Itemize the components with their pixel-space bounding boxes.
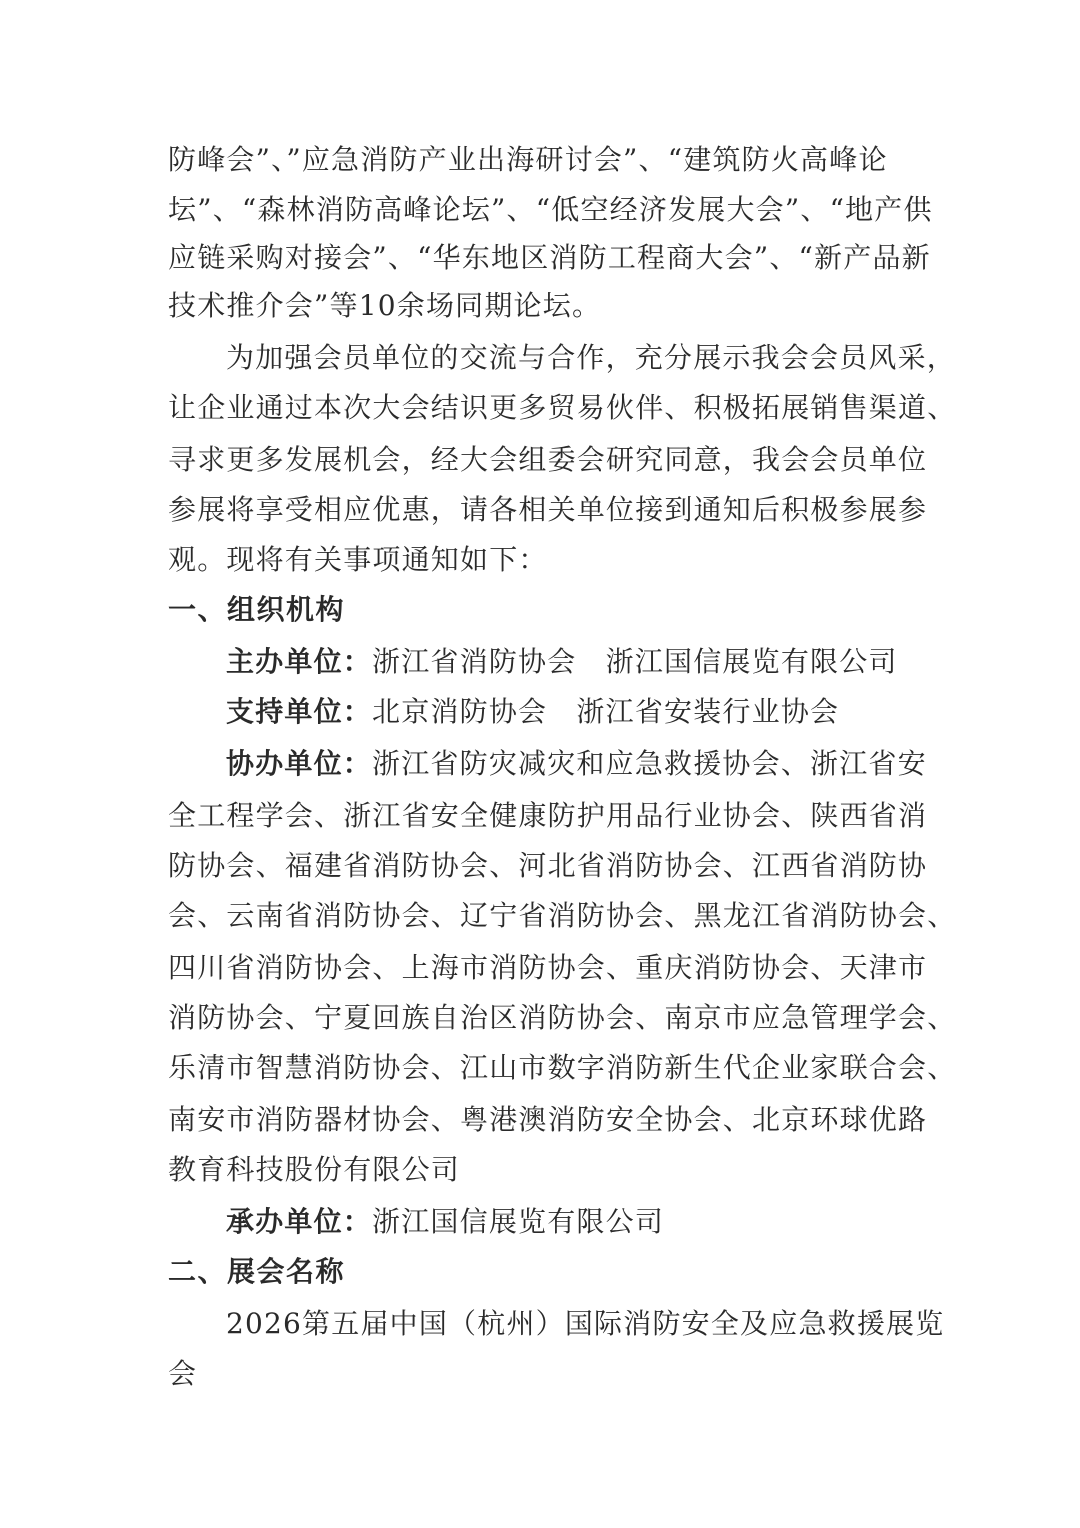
organizer-row: 承办单位：浙江国信展览有限公司 xyxy=(226,1202,664,1242)
intro-line-3: 应链采购对接会”、“华东地区消防工程商大会”、“新产品新 xyxy=(168,238,931,278)
host-value: 浙江省消防协会 浙江国信展览有限公司 xyxy=(372,645,898,678)
organizer-label: 承办单位： xyxy=(226,1205,372,1238)
support-value: 北京消防协会 浙江省安装行业协会 xyxy=(372,695,839,728)
co-organizers-line-4: 四川省消防协会、上海市消防协会、重庆消防协会、天津市 xyxy=(168,948,927,988)
notice-line-3: 寻求更多发展机会，经大会组委会研究同意，我会会员单位 xyxy=(168,440,927,480)
support-label: 支持单位： xyxy=(226,695,372,728)
intro-line-1: 防峰会”、”应急消防产业出海研讨会”、“建筑防火高峰论 xyxy=(168,140,888,180)
co-organizers-label: 协办单位： xyxy=(226,747,372,780)
document-page: 防峰会”、”应急消防产业出海研讨会”、“建筑防火高峰论 坛”、“森林消防高峰论坛… xyxy=(0,0,1080,1528)
co-organizers-line-8: 教育科技股份有限公司 xyxy=(168,1150,460,1190)
organizer-value: 浙江国信展览有限公司 xyxy=(372,1205,664,1238)
co-organizers-first-line: 浙江省防灾减灾和应急救援协会、浙江省安 xyxy=(372,747,927,780)
co-organizers-line-5: 消防协会、宁夏回族自治区消防协会、南京市应急管理学会、 xyxy=(168,998,956,1038)
exhibition-name-line-2: 会 xyxy=(168,1354,197,1394)
co-organizers-line-6: 乐清市智慧消防协会、江山市数字消防新生代企业家联合会、 xyxy=(168,1048,956,1088)
host-row: 主办单位：浙江省消防协会 浙江国信展览有限公司 xyxy=(226,642,898,682)
intro-line-2: 坛”、“森林消防高峰论坛”、“低空经济发展大会”、“地产供 xyxy=(168,190,933,230)
notice-line-4: 参展将享受相应优惠，请各相关单位接到通知后积极参展参 xyxy=(168,490,927,530)
notice-line-1: 为加强会员单位的交流与合作，充分展示我会会员风采， xyxy=(226,338,956,378)
co-organizers-line-2: 防协会、福建省消防协会、河北省消防协会、江西省消防协 xyxy=(168,846,927,886)
notice-line-2: 让企业通过本次大会结识更多贸易伙伴、积极拓展销售渠道、 xyxy=(168,388,956,428)
support-row: 支持单位：北京消防协会 浙江省安装行业协会 xyxy=(226,692,839,732)
co-organizers-row: 协办单位：浙江省防灾减灾和应急救援协会、浙江省安 xyxy=(226,744,927,784)
exhibition-name-line-1: 2026第五届中国（杭州）国际消防安全及应急救援展览 xyxy=(226,1304,944,1344)
host-label: 主办单位： xyxy=(226,645,372,678)
section-heading-exhibition-name: 二、展会名称 xyxy=(168,1252,345,1292)
section-heading-organization: 一、组织机构 xyxy=(168,590,345,630)
intro-line-4: 技术推介会”等10余场同期论坛。 xyxy=(168,286,601,326)
co-organizers-line-3: 会、云南省消防协会、辽宁省消防协会、黑龙江省消防协会、 xyxy=(168,896,956,936)
notice-line-5: 观。现将有关事项通知如下： xyxy=(168,540,548,580)
co-organizers-line-1: 全工程学会、浙江省安全健康防护用品行业协会、陕西省消 xyxy=(168,796,927,836)
co-organizers-line-7: 南安市消防器材协会、粤港澳消防安全协会、北京环球优路 xyxy=(168,1100,927,1140)
